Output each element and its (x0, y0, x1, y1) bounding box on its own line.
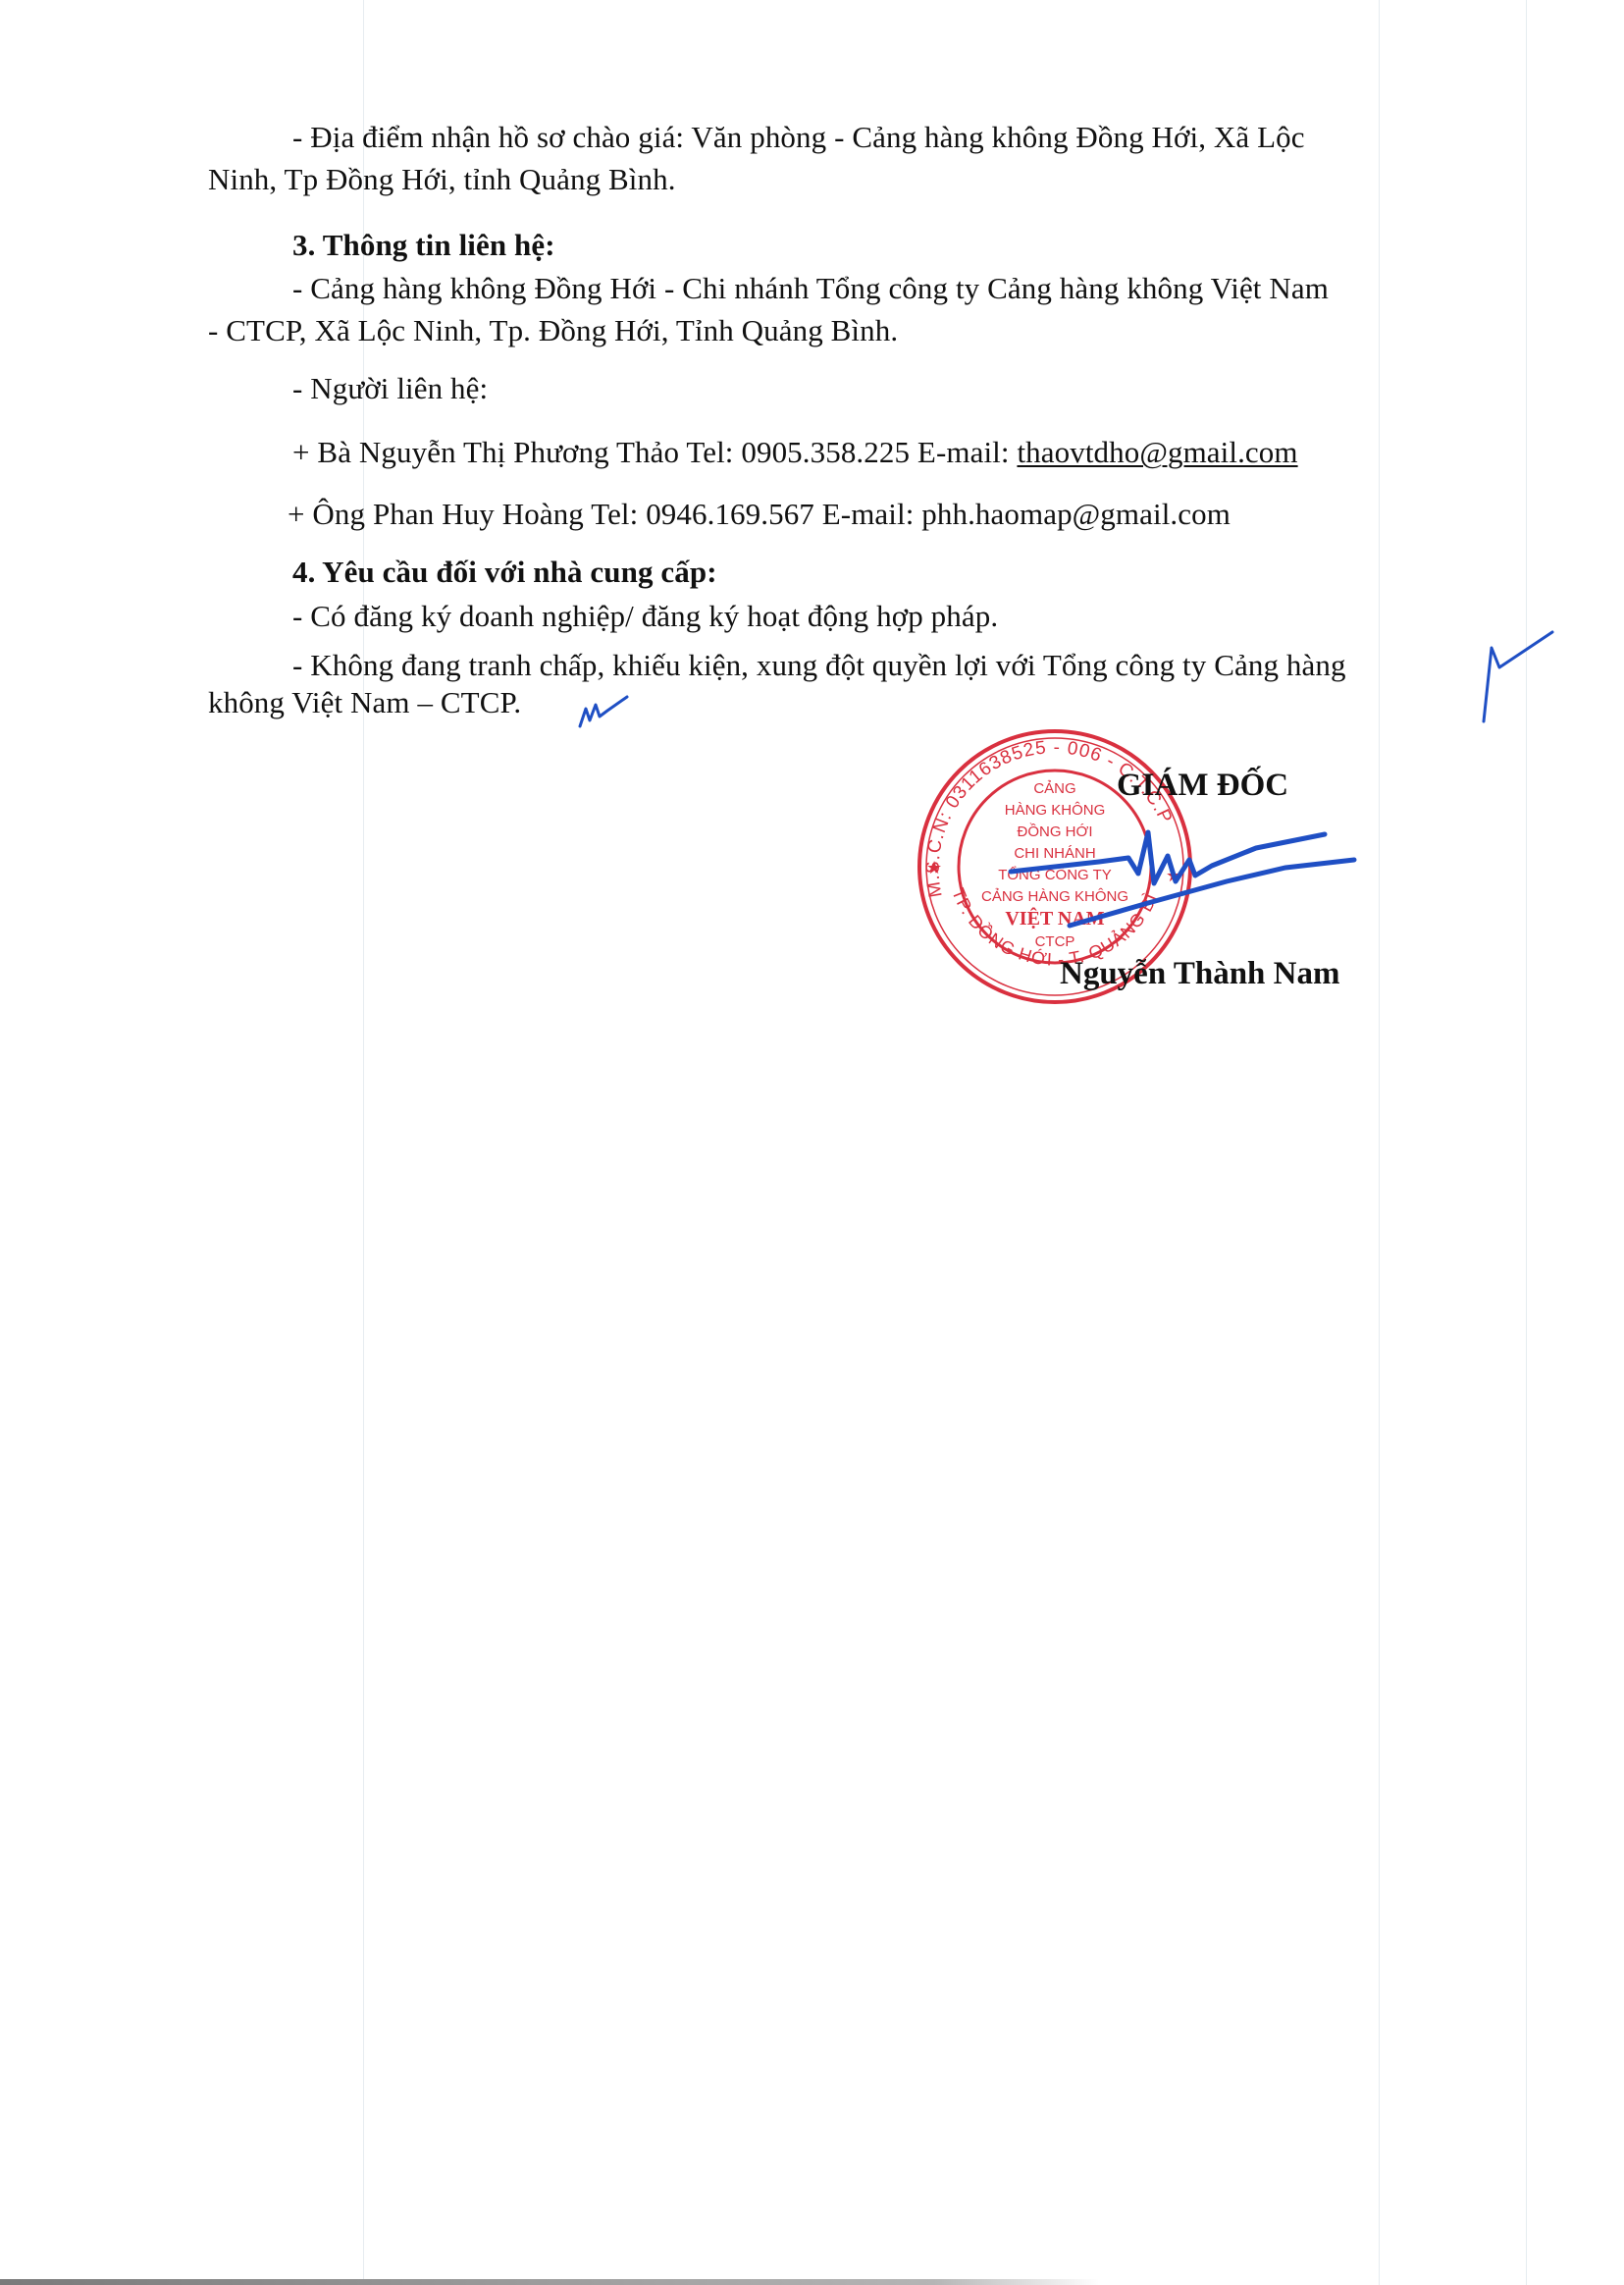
signatory-name: Nguyễn Thành Nam (1060, 956, 1339, 992)
contact-1-details: + Bà Nguyễn Thị Phương Thảo Tel: 0905.35… (292, 435, 1017, 469)
location-line-1: - Địa điểm nhận hồ sơ chào giá: Văn phòn… (292, 122, 1305, 152)
stamp-line: HÀNG KHÔNG (1005, 802, 1106, 819)
requirement-1: - Có đăng ký doanh nghiệp/ đăng ký hoạt … (292, 601, 998, 631)
contact-2: + Ông Phan Huy Hoàng Tel: 0946.169.567 E… (288, 499, 1231, 529)
stamp-star-icon: ★ (926, 858, 942, 877)
section-4-heading: 4. Yêu cầu đối với nhà cung cấp: (292, 557, 717, 587)
contact-2-details: + Ông Phan Huy Hoàng Tel: 0946.169.567 E… (288, 497, 921, 531)
contact-2-email: phh.haomap@gmail.com (921, 497, 1231, 531)
requirement-2-line-1: - Không đang tranh chấp, khiếu kiện, xun… (292, 650, 1346, 680)
scan-artifact-line (1379, 0, 1380, 2285)
org-line-2: - CTCP, Xã Lộc Ninh, Tp. Đồng Hới, Tỉnh … (208, 315, 898, 345)
margin-initial-mark (1472, 628, 1560, 726)
org-line-1: - Cảng hàng không Đồng Hới - Chi nhánh T… (292, 273, 1329, 303)
requirement-2-line-2: không Việt Nam – CTCP. (208, 687, 521, 717)
location-line-2: Ninh, Tp Đồng Hới, tỉnh Quảng Bình. (208, 164, 676, 194)
initials-mark (574, 687, 633, 736)
signatory-title: GIÁM ĐỐC (1117, 768, 1288, 804)
contact-1-email-link[interactable]: thaovtdho@gmail.com (1017, 435, 1297, 469)
contact-1: + Bà Nguyễn Thị Phương Thảo Tel: 0905.35… (292, 437, 1298, 467)
scan-artifact-line (1526, 0, 1527, 2285)
stamp-line: CẢNG (1033, 780, 1075, 797)
section-3-heading: 3. Thông tin liên hệ: (292, 230, 555, 260)
contact-label: - Người liên hệ: (292, 373, 488, 403)
stamp-line: CTCP (1035, 933, 1075, 950)
scan-edge-shadow (0, 2279, 1099, 2285)
handwritten-signature (1001, 824, 1364, 932)
